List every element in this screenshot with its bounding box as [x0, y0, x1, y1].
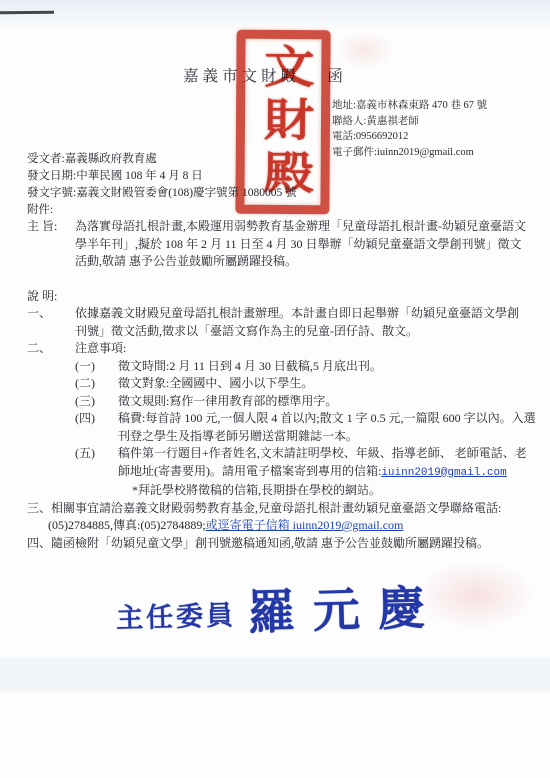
notice-item-2: (二) 徵文對象:全國國中、國小以下學生。: [75, 375, 538, 393]
notice-5-label: (五): [75, 445, 118, 500]
subject-text: 為落實母語扎根計畫,本殿運用弱勢教育基金辦理「兒童母語扎根計畫-幼穎兒童臺語文學…: [75, 218, 528, 271]
scan-artifact-line: [0, 11, 54, 15]
notice-item-1: (一) 徵文時間:2 月 11 日到 4 月 30 日截稿,5 月底出刊。: [75, 358, 538, 376]
submission-email-link[interactable]: iuinn2019@gmail.com: [381, 467, 506, 479]
letter-body: 主 旨: 為落實母語扎根計畫,本殿運用弱勢教育基金辦理「兒童母語扎根計畫-幼穎兒…: [27, 218, 528, 552]
issue-date-line: 發文日期:中華民國 108 年 4 月 8 日: [27, 168, 357, 185]
chairman-signature-stamp: 主任委員 羅元慶: [115, 585, 443, 641]
sender-phone: 電話:0956692012: [332, 129, 512, 145]
item-4-text: 隨函檢附「幼穎兒童文學」創刊號邀稿通知函,敬請 惠予公告並鼓勵所屬踴躍投稿。: [51, 536, 489, 550]
alt-email-link[interactable]: 或逕寄電子信箱 iuinn2019@gmail.com: [206, 518, 404, 532]
notice-item-4: (四) 稿費:每首詩 100 元,一個人限 4 首以內;散文 1 字 0.5 元…: [75, 410, 538, 445]
notice-2-label: (二): [75, 375, 118, 393]
notice-item-5: (五) 稿件第一行題目+作者姓名,文末請註明學校、年級、指導老師、 老師電話、老…: [75, 445, 538, 500]
item-3-label: 三、: [27, 501, 51, 515]
scan-top-tint: [0, 0, 550, 30]
notice-3-label: (三): [75, 393, 118, 411]
notice-1-label: (一): [75, 358, 118, 376]
item-1-label: 一、: [27, 305, 75, 340]
item-2-label: 二、: [27, 340, 75, 358]
notice-5-footnote: *拜託學校將徵稿的信箱,長期掛在學校的網站。: [132, 482, 538, 500]
letter-meta-block: 受文者:嘉義縣政府教育處 發文日期:中華民國 108 年 4 月 8 日 發文字…: [27, 151, 357, 219]
explanation-item-2: 二、 注意事項:: [27, 340, 528, 358]
explanation-item-4: 四、隨函檢附「幼穎兒童文學」創刊號邀稿通知函,敬請 惠予公告並鼓勵所屬踴躍投稿。: [27, 535, 528, 553]
phone-fax-text: (05)2784885,傳真:(05)2784889;: [48, 518, 206, 532]
contact-phone-line: (05)2784885,傳真:(05)2784889;或逕寄電子信箱 iuinn…: [48, 517, 528, 535]
subject-paragraph: 主 旨: 為落實母語扎根計畫,本殿運用弱勢教育基金辦理「兒童母語扎根計畫-幼穎兒…: [27, 218, 528, 271]
sender-contact-person: 聯絡人:黃惠祺老師: [332, 114, 512, 130]
item-3-text: 相關事宜請洽嘉義文財殿弱勢教育基金,兒童母語扎根計畫幼穎兒童臺語文學聯絡電話:: [51, 501, 501, 515]
recipient-line: 受文者:嘉義縣政府教育處: [27, 151, 357, 168]
attachment-line: 附件:: [27, 202, 357, 219]
notice-4-text: 稿費:每首詩 100 元,一個人限 4 首以內;散文 1 字 0.5 元,一篇限…: [118, 410, 538, 445]
item-4-label: 四、: [27, 536, 51, 550]
notice-list: (一) 徵文時間:2 月 11 日到 4 月 30 日截稿,5 月底出刊。 (二…: [75, 358, 538, 500]
notice-3-text: 徵文規則:寫作一律用教育部的標準用字。: [118, 393, 538, 411]
sender-contact-block: 地址:嘉義市林森東路 470 巷 67 號 聯絡人:黃惠祺老師 電話:09566…: [332, 98, 512, 160]
scan-bottom-tint: [0, 658, 550, 692]
notice-5-text: 稿件第一行題目+作者姓名,文末請註明學校、年級、指導老師、 老師電話、老師地址(…: [118, 445, 538, 500]
explanation-item-3: 三、相關事宜請洽嘉義文財殿弱勢教育基金,兒童母語扎根計畫幼穎兒童臺語文學聯絡電話…: [27, 500, 528, 518]
signature-title: 主任委員: [115, 593, 236, 641]
notice-item-3: (三) 徵文規則:寫作一律用教育部的標準用字。: [75, 393, 538, 411]
explanation-item-1: 一、 依據嘉義文財殿兒童母語扎根計畫辦理。本計畫自即日起舉辦「幼穎兒童臺語文學創…: [27, 305, 528, 340]
notice-1-text: 徵文時間:2 月 11 日到 4 月 30 日截稿,5 月底出刊。: [118, 358, 538, 376]
explanation-label: 說 明:: [27, 288, 528, 306]
sender-email: 電子郵件:iuinn2019@gmail.com: [332, 145, 512, 161]
subject-label: 主 旨:: [27, 218, 75, 271]
notice-4-label: (四): [75, 410, 118, 445]
sender-address: 地址:嘉義市林森東路 470 巷 67 號: [332, 98, 512, 114]
doc-number-line: 發文字號:嘉義文財殿管委會(108)慶字號第 1080005 號: [27, 185, 357, 202]
notice-2-text: 徵文對象:全國國中、國小以下學生。: [118, 375, 538, 393]
item-1-text: 依據嘉義文財殿兒童母語扎根計畫辦理。本計畫自即日起舉辦「幼穎兒童臺語文學創刊號」…: [75, 305, 528, 340]
signature-name: 羅元慶: [247, 585, 443, 637]
item-2-text: 注意事項:: [75, 340, 528, 358]
scanned-letter-page: 嘉義市文財殿 函 文財殿 地址:嘉義市林森東路 470 巷 67 號 聯絡人:黃…: [0, 0, 550, 778]
